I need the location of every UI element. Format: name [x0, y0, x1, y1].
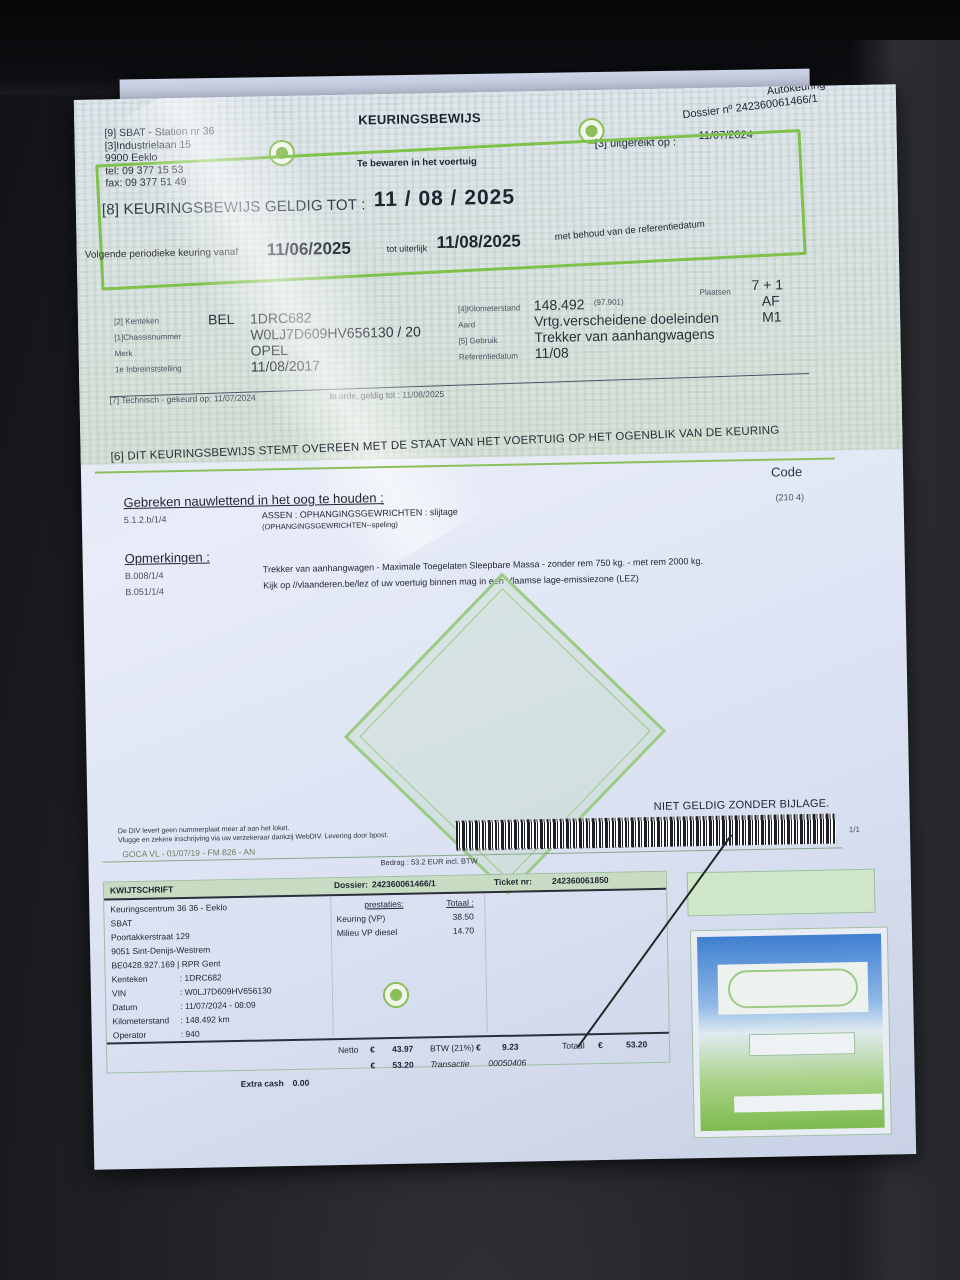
- form-reference: GOCA VL - 01/07/19 - FM 826 - AN: [122, 847, 255, 860]
- station-name: [9] SBAT - Station nr 36: [104, 125, 214, 140]
- div-note: De DIV levert geen nummerplaat meer af a…: [118, 822, 389, 845]
- total-amount: 53.20: [626, 1039, 647, 1049]
- receipt: KWIJTSCHRIFT Dossier: 242360061466/1 Tic…: [103, 871, 671, 1074]
- field-label: Kilometerstand: [112, 1015, 169, 1026]
- vignette-gradient: [697, 934, 885, 1131]
- seats-value: 7 + 1: [751, 276, 783, 293]
- reference-date-label: Referentiedatum: [459, 352, 518, 362]
- receipt-dossier: 242360061466/1: [372, 878, 436, 889]
- defect-code: 5.1.2.b/1/4: [124, 514, 167, 525]
- km-value: 148.492: [534, 296, 585, 313]
- service-amount: 14.70: [453, 925, 474, 935]
- until-label: tot uiterlijk: [387, 243, 428, 254]
- column-divider: [484, 893, 488, 1033]
- make-value: OPEL: [250, 342, 288, 359]
- service-name: Milieu VP diesel: [337, 927, 398, 938]
- receipt-dossier-label: Dossier:: [334, 879, 368, 890]
- body-code: AF: [762, 292, 780, 308]
- eye-logo-icon-3: [374, 973, 419, 1018]
- defect-text: ASSEN : OPHANGINGSGEWRICHTEN : slijtage: [262, 507, 458, 521]
- remark-code-2: B.051/1/4: [125, 586, 164, 597]
- field-value: : 11/07/2024 - 08:09: [180, 1000, 256, 1011]
- next-inspection-to: 11/08/2025: [436, 231, 521, 253]
- first-registration-label: 1e Inbreinststelling: [115, 364, 182, 374]
- defect-subtext: (OPHANGINGSGEWRICHTEN--speling): [262, 520, 398, 532]
- transaction-number: 00050406: [488, 1057, 526, 1068]
- code-column-header: Code: [771, 464, 802, 480]
- defect-ref-code: (210 4): [775, 492, 804, 503]
- total-header: Totaal :: [446, 897, 474, 908]
- ticket-number: 242360061850: [552, 875, 609, 886]
- page-number: 1/1: [849, 825, 860, 834]
- receipt-title: KWIJTSCHRIFT: [110, 884, 173, 895]
- field-label: Kenteken: [112, 974, 148, 985]
- currency-symbol: €: [476, 1042, 481, 1052]
- vat-label: BTW (21%): [430, 1042, 474, 1053]
- extra-cash-amount: 0.00: [293, 1078, 310, 1088]
- first-registration-date: 11/08/2017: [251, 357, 320, 374]
- netto-amount: 43.97: [392, 1044, 413, 1054]
- field-label: VIN: [112, 988, 126, 998]
- valid-until-date: 11 / 08 / 2025: [374, 186, 516, 213]
- seats-label: Plaatsen: [700, 287, 731, 297]
- field-value: : 148.492 km: [180, 1014, 229, 1025]
- vehicle-category: M1: [762, 308, 782, 324]
- make-label: Merk: [115, 349, 133, 358]
- barcode: [456, 813, 837, 850]
- receipt-vat: BE0428.927.169 | RPR Gent: [111, 958, 220, 970]
- field-label: Operator: [113, 1030, 147, 1041]
- extra-cash-label: Extra cash: [241, 1078, 284, 1089]
- next-inspection-from: 11/06/2025: [267, 239, 352, 261]
- km-previous: (97.901): [594, 297, 624, 307]
- chassis-number: W0LJ7D609HV656130 / 20: [250, 323, 421, 342]
- currency-symbol: €: [370, 1060, 375, 1070]
- vignette-blank-field: [734, 1094, 882, 1113]
- vat-amount: 9.23: [502, 1042, 519, 1052]
- remark-code-1: B.008/1/4: [125, 570, 164, 581]
- receipt-street: Poortakkerstraat 129: [111, 931, 190, 943]
- remark-text-2: Kijk op //vlaanderen.be/lez of uw voertu…: [263, 573, 639, 590]
- plate-country: BEL: [208, 311, 235, 328]
- receipt-header: KWIJTSCHRIFT Dossier: 242360061466/1 Tic…: [104, 872, 666, 901]
- ticket-label: Ticket nr:: [494, 876, 532, 887]
- currency-symbol: €: [370, 1044, 375, 1054]
- receipt-center: Keuringscentrum 36 36 - Eeklo: [110, 902, 227, 914]
- kind-label: Aard: [458, 320, 475, 329]
- field-value: : W0LJ7D609HV656130: [180, 985, 272, 997]
- plate-label: [2] Kenteken: [114, 316, 159, 326]
- currency-symbol: €: [598, 1040, 603, 1050]
- service-amount: 38.50: [452, 911, 473, 921]
- defects-heading: Gebreken nauwlettend in het oog te houde…: [123, 490, 383, 510]
- plate-number: 1DRC682: [250, 309, 312, 326]
- chassis-label: [1]Chassisnummer: [114, 332, 181, 342]
- inspection-vignette: [690, 927, 892, 1139]
- stub-header-panel: [687, 869, 876, 917]
- use-label: [5] Gebruik: [458, 336, 497, 346]
- paid-amount: 53.20: [392, 1060, 413, 1070]
- field-value: : 940: [181, 1029, 200, 1039]
- field-label: Datum: [112, 1002, 137, 1012]
- not-valid-without-annex: NIET GELDIG ZONDER BIJLAGE.: [654, 798, 830, 813]
- netto-label: Netto: [338, 1045, 359, 1055]
- receipt-city: 9051 Sint-Denijs-Westrem: [111, 945, 210, 957]
- column-divider: [330, 896, 334, 1036]
- vignette-blank-field: [749, 1032, 855, 1056]
- transaction-label: Transactie: [430, 1059, 469, 1070]
- field-value: : 1DRC682: [180, 972, 222, 983]
- receipt-company: SBAT: [111, 918, 133, 928]
- reference-date-value: 11/08: [535, 345, 569, 362]
- service-name: Keuring (VP): [336, 913, 385, 924]
- vignette-emblem: [718, 962, 869, 1015]
- km-label: [4]Kilometerstand: [458, 303, 520, 313]
- document-title: KEURINGSBEWIJS: [358, 110, 481, 127]
- remark-text-1: Trekker van aanhangwagen - Maximale Toeg…: [263, 556, 703, 574]
- inspection-certificate: [9] SBAT - Station nr 36 [3]Industrielaa…: [74, 84, 916, 1170]
- remarks-heading: Opmerkingen :: [124, 549, 210, 566]
- services-header: prestaties:: [364, 899, 403, 910]
- amount-note: Bedrag : 53.2 EUR incl. BTW: [380, 856, 477, 867]
